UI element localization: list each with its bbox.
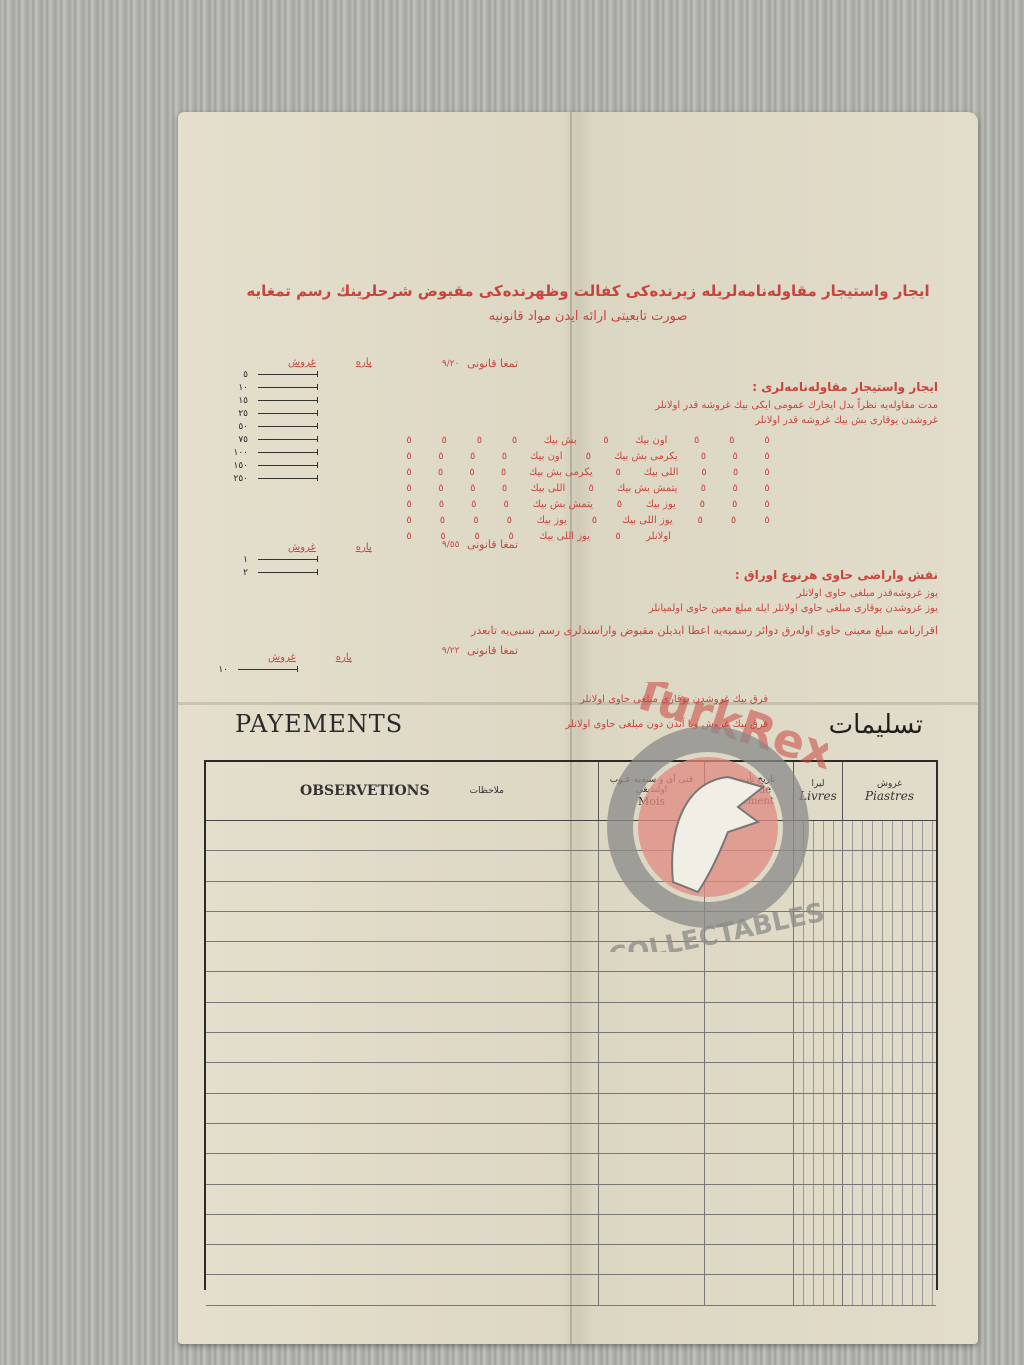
document-sheet: ایجار واستیجار مقاوله‌نامه‌لریله زیرنده‌… bbox=[178, 112, 978, 1344]
col-piastres: غروش Piastres bbox=[843, 762, 936, 820]
col-date: تاریخ تأدیه‌سی DATE de Payement bbox=[705, 762, 794, 820]
table-cell bbox=[705, 1033, 794, 1062]
table-cell bbox=[206, 821, 599, 850]
table-cell bbox=[206, 1033, 599, 1062]
ledger-3: غروشپاره ١٠ bbox=[198, 652, 352, 676]
ledger-header: پاره bbox=[336, 652, 352, 663]
ledger-header: غروش bbox=[288, 357, 316, 368]
table-cell bbox=[705, 1185, 794, 1214]
section1-title: ایجار واستیجار مقاوله‌نامه‌لری : bbox=[752, 380, 938, 394]
table-cell bbox=[206, 1215, 599, 1244]
table-cell bbox=[206, 1275, 599, 1304]
table-row bbox=[206, 882, 936, 912]
section3-line1: فرق بیك غروشدن یوقاری مبلغی حاوی اولانلر bbox=[580, 694, 768, 705]
col-observations-fr: OBSERVETIONS bbox=[300, 783, 430, 799]
grid-row: ٥٥٥یکرمی بش بیك٥اون بیك٥٥٥٥ bbox=[403, 448, 773, 464]
table-cell bbox=[843, 1124, 936, 1153]
grid-row: ٥٥٥اون بیك٥بش بیك٥٥٥٥ bbox=[403, 432, 773, 448]
table-cell bbox=[794, 942, 843, 971]
table-cell bbox=[843, 1215, 936, 1244]
section2-line3: اقرارنامه مبلغ معینی حاوی اوله‌رق دوائر … bbox=[471, 624, 938, 637]
table-cell bbox=[794, 1275, 843, 1304]
table-row bbox=[206, 1124, 936, 1154]
article-fraction: ٩/٢٢ bbox=[442, 646, 460, 656]
payments-table-body bbox=[206, 821, 936, 1291]
table-cell bbox=[794, 1185, 843, 1214]
table-cell bbox=[705, 1124, 794, 1153]
ledger-header: غروش bbox=[288, 542, 316, 553]
table-cell bbox=[599, 1033, 705, 1062]
col-date-tr: تاریخ تأدیه‌سی bbox=[723, 775, 775, 785]
table-row bbox=[206, 942, 936, 972]
ledger-header: پاره bbox=[356, 542, 372, 553]
table-cell bbox=[206, 972, 599, 1001]
section2-line2: یوز غروشدن یوقاری مبلغی حاوی اولانلر ایل… bbox=[649, 603, 938, 614]
table-cell bbox=[206, 1124, 599, 1153]
table-cell bbox=[843, 851, 936, 880]
grid-row: ٥٥٥یتمش بش بیك٥اللی بیك٥٥٥٥ bbox=[403, 480, 773, 496]
table-row bbox=[206, 972, 936, 1002]
table-cell bbox=[599, 1185, 705, 1214]
table-cell bbox=[599, 972, 705, 1001]
table-cell bbox=[599, 1063, 705, 1092]
article-fraction: ٩/٥٥ bbox=[442, 540, 460, 550]
table-cell bbox=[843, 1033, 936, 1062]
table-cell bbox=[794, 1245, 843, 1274]
ledger-header: پاره bbox=[356, 357, 372, 368]
table-cell bbox=[599, 912, 705, 941]
table-cell bbox=[599, 1094, 705, 1123]
article-ref-2: تمغا قانونی ٩/٥٥ bbox=[408, 538, 548, 551]
table-cell bbox=[843, 882, 936, 911]
table-cell bbox=[206, 882, 599, 911]
table-cell bbox=[843, 1245, 936, 1274]
section2-title: نقش واراضی حاوی هرنوع اوراق : bbox=[735, 568, 938, 582]
table-cell bbox=[705, 1094, 794, 1123]
table-cell bbox=[843, 972, 936, 1001]
ledger-2: غروشپاره ١ ٢ bbox=[218, 542, 372, 579]
table-cell bbox=[705, 1063, 794, 1092]
table-cell bbox=[794, 972, 843, 1001]
payments-title-fr: PAYEMENTS bbox=[235, 710, 403, 738]
col-observations: OBSERVETIONS ملاحظات bbox=[206, 762, 599, 820]
table-row bbox=[206, 1275, 936, 1305]
table-cell bbox=[794, 1094, 843, 1123]
table-cell bbox=[705, 1154, 794, 1183]
table-cell bbox=[599, 821, 705, 850]
table-cell bbox=[843, 1003, 936, 1032]
table-cell bbox=[794, 821, 843, 850]
table-row bbox=[206, 1003, 936, 1033]
table-cell bbox=[599, 882, 705, 911]
grid-row: ٥٥٥اللی بیك٥یکرمی بش بیك٥٥٥٥ bbox=[403, 464, 773, 480]
table-row bbox=[206, 1245, 936, 1275]
table-cell bbox=[599, 1215, 705, 1244]
table-cell bbox=[599, 1275, 705, 1304]
table-cell bbox=[705, 1245, 794, 1274]
table-cell bbox=[794, 1033, 843, 1062]
table-row bbox=[206, 1094, 936, 1124]
table-cell bbox=[206, 912, 599, 941]
article-fraction: ٩/٢٠ bbox=[442, 359, 460, 369]
table-row bbox=[206, 1154, 936, 1184]
table-cell bbox=[843, 1275, 936, 1304]
ledger-header: غروش bbox=[268, 652, 296, 663]
table-cell bbox=[794, 1154, 843, 1183]
col-observations-tr: ملاحظات bbox=[470, 786, 504, 796]
header-line-1: ایجار واستیجار مقاوله‌نامه‌لریله زیرنده‌… bbox=[238, 282, 938, 300]
table-cell bbox=[794, 912, 843, 941]
table-cell bbox=[843, 1154, 936, 1183]
section2-line1: یوز غروشه‌قدر مبلغی حاوی اولانلر bbox=[797, 588, 938, 599]
ledger-1: غروشپاره ٥ ١٠ ١٥ ٢٥ ٥٠ ٧٥ ١٠٠ ١٥٠ ٢٥٠ bbox=[218, 357, 372, 485]
table-cell bbox=[705, 851, 794, 880]
table-cell bbox=[843, 1063, 936, 1092]
table-cell bbox=[794, 882, 843, 911]
col-piastres-tr: غروش bbox=[877, 779, 902, 789]
grid-row: ٥٥٥یوز بیك٥یتمش بش بیك٥٥٥٥ bbox=[403, 496, 773, 512]
table-cell bbox=[843, 942, 936, 971]
table-cell bbox=[206, 1094, 599, 1123]
table-cell bbox=[599, 1154, 705, 1183]
col-livres: لیرا Livres bbox=[794, 762, 843, 820]
table-cell bbox=[794, 851, 843, 880]
table-cell bbox=[705, 882, 794, 911]
table-cell bbox=[206, 1185, 599, 1214]
table-cell bbox=[843, 1185, 936, 1214]
table-cell bbox=[599, 851, 705, 880]
payments-table-header: OBSERVETIONS ملاحظات قنی آی و سنه‌یه عـو… bbox=[206, 762, 936, 821]
article-label: تمغا قانونی bbox=[467, 538, 518, 551]
table-row bbox=[206, 912, 936, 942]
table-row bbox=[206, 1033, 936, 1063]
table-cell bbox=[705, 912, 794, 941]
table-cell bbox=[599, 1124, 705, 1153]
col-month: قنی آی و سنه‌یه عـوب اولندیغی Mois bbox=[599, 762, 705, 820]
col-livres-fr: Livres bbox=[799, 789, 837, 803]
table-cell bbox=[705, 972, 794, 1001]
table-cell bbox=[843, 912, 936, 941]
payments-table: OBSERVETIONS ملاحظات قنی آی و سنه‌یه عـو… bbox=[204, 760, 938, 1290]
col-month-fr: Mois bbox=[638, 795, 665, 808]
table-cell bbox=[206, 1003, 599, 1032]
table-row bbox=[206, 1215, 936, 1245]
table-cell bbox=[794, 1003, 843, 1032]
article-ref-1: تمغا قانونی ٩/٢٠ bbox=[408, 357, 548, 370]
table-row bbox=[206, 851, 936, 881]
table-cell bbox=[599, 1003, 705, 1032]
table-cell bbox=[794, 1215, 843, 1244]
table-cell bbox=[705, 1215, 794, 1244]
table-cell bbox=[843, 821, 936, 850]
col-month-tr: قنی آی و سنه‌یه عـوب اولندیغی bbox=[599, 775, 704, 795]
table-cell bbox=[705, 1003, 794, 1032]
section1-line1: مدت مقاوله‌یه نظراً بدل ایجارك عمومی ایک… bbox=[655, 400, 938, 411]
table-cell bbox=[843, 1094, 936, 1123]
table-cell bbox=[206, 1063, 599, 1092]
table-row bbox=[206, 821, 936, 851]
table-row bbox=[206, 1185, 936, 1215]
article-label: تمغا قانونی bbox=[467, 644, 518, 657]
article-label: تمغا قانونی bbox=[467, 357, 518, 370]
col-date-fr: DATE de Payement bbox=[705, 785, 793, 807]
table-cell bbox=[794, 1124, 843, 1153]
section1-line2: غروشدن یوقاری بش بیك غروشه قدر اولانلر bbox=[755, 415, 938, 426]
section1-amount-grid: ٥٥٥اون بیك٥بش بیك٥٥٥٥ ٥٥٥یکرمی بش بیك٥او… bbox=[403, 432, 773, 544]
header-line-2: صورت تابعیتی ارائه ایدن مواد قانونیه bbox=[238, 309, 938, 324]
horizontal-fold bbox=[178, 702, 978, 705]
col-piastres-fr: Piastres bbox=[865, 789, 914, 803]
col-livres-tr: لیرا bbox=[812, 779, 825, 789]
table-cell bbox=[206, 1154, 599, 1183]
table-cell bbox=[794, 1063, 843, 1092]
table-row bbox=[206, 1063, 936, 1093]
article-ref-3: تمغا قانونی ٩/٢٢ bbox=[408, 644, 548, 657]
table-cell bbox=[705, 1275, 794, 1304]
section3-line2: فرق بیك غروش ویا آندن دون مبلغی حاوی اول… bbox=[565, 719, 768, 730]
payments-title-tr: تسلیمات bbox=[829, 710, 923, 740]
table-cell bbox=[599, 1245, 705, 1274]
grid-row: ٥٥٥یوز اللی بیك٥یوز بیك٥٥٥٥ bbox=[403, 512, 773, 528]
table-cell bbox=[206, 1245, 599, 1274]
table-cell bbox=[705, 821, 794, 850]
table-cell bbox=[206, 942, 599, 971]
table-cell bbox=[599, 942, 705, 971]
table-cell bbox=[206, 851, 599, 880]
table-cell bbox=[705, 942, 794, 971]
